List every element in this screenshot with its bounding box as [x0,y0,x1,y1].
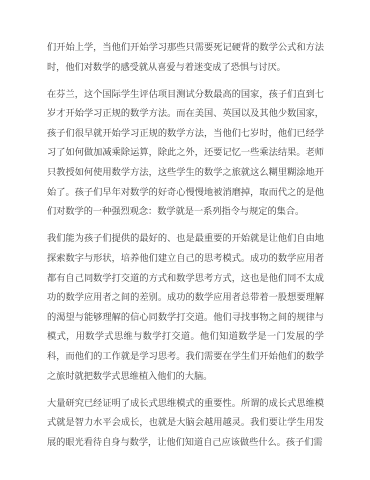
paragraph-4: 大量研究已经证明了成长式思维模式的重要性。所谓的成长式思维模式就是智力水平会成长… [47,394,324,453]
paragraph-1: 们开始上学，当他们开始学习那些只需要死记硬背的数学公式和方法时，他们对数学的感受… [47,38,324,77]
document-page: 们开始上学，当他们开始学习那些只需要死记硬背的数学公式和方法时，他们对数学的感受… [0,0,370,480]
paragraph-3: 我们能为孩子们提供的最好的、也是最重要的开始就是让他们自由地探索数字与形状，培养… [47,229,324,386]
paragraph-2: 在芬兰，这个国际学生评估项目测试分数最高的国家，孩子们直到七岁才开始学习正规的数… [47,85,324,222]
